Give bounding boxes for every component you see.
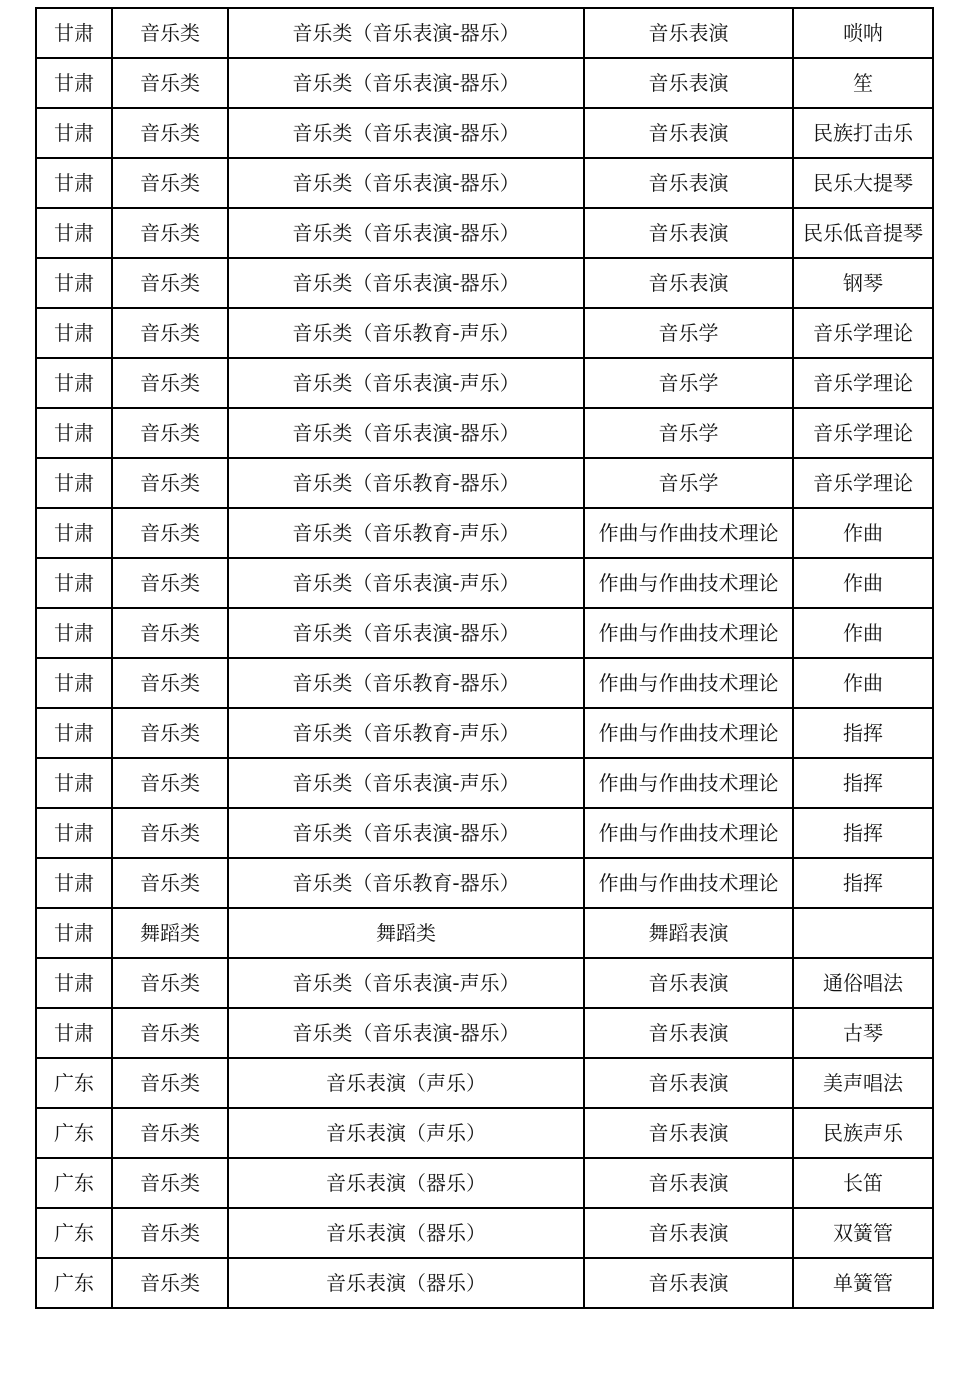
cell-exam-subject: 音乐类（音乐表演-声乐） (228, 558, 584, 608)
cell-major: 音乐学 (584, 308, 793, 358)
cell-exam-subject: 音乐类（音乐表演-器乐） (228, 58, 584, 108)
cell-category: 音乐类 (112, 1058, 228, 1108)
cell-category: 音乐类 (112, 308, 228, 358)
cell-exam-subject: 音乐表演（声乐） (228, 1058, 584, 1108)
cell-province: 甘肃 (36, 858, 112, 908)
table-row: 广东音乐类音乐表演（声乐）音乐表演民族声乐 (36, 1108, 933, 1158)
table-row: 甘肃音乐类音乐类（音乐表演-器乐）音乐表演笙 (36, 58, 933, 108)
cell-major: 作曲与作曲技术理论 (584, 858, 793, 908)
cell-province: 甘肃 (36, 558, 112, 608)
table-row: 甘肃音乐类音乐类（音乐教育-声乐）作曲与作曲技术理论作曲 (36, 508, 933, 558)
cell-category: 音乐类 (112, 708, 228, 758)
cell-category: 音乐类 (112, 508, 228, 558)
cell-direction: 音乐学理论 (793, 458, 933, 508)
cell-direction: 音乐学理论 (793, 358, 933, 408)
cell-exam-subject: 音乐类（音乐表演-器乐） (228, 1008, 584, 1058)
cell-category: 音乐类 (112, 858, 228, 908)
cell-exam-subject: 音乐类（音乐表演-器乐） (228, 408, 584, 458)
cell-category: 音乐类 (112, 958, 228, 1008)
table-row: 广东音乐类音乐表演（声乐）音乐表演美声唱法 (36, 1058, 933, 1108)
cell-major: 音乐表演 (584, 1058, 793, 1108)
cell-major: 音乐表演 (584, 958, 793, 1008)
cell-exam-subject: 音乐类（音乐教育-器乐） (228, 458, 584, 508)
cell-exam-subject: 音乐表演（声乐） (228, 1108, 584, 1158)
cell-exam-subject: 音乐类（音乐表演-器乐） (228, 208, 584, 258)
cell-category: 音乐类 (112, 1008, 228, 1058)
cell-province: 甘肃 (36, 258, 112, 308)
cell-direction: 民乐大提琴 (793, 158, 933, 208)
table-row: 广东音乐类音乐表演（器乐）音乐表演长笛 (36, 1158, 933, 1208)
cell-major: 音乐表演 (584, 1158, 793, 1208)
table-row: 甘肃音乐类音乐类（音乐表演-器乐）音乐学音乐学理论 (36, 408, 933, 458)
cell-province: 甘肃 (36, 358, 112, 408)
cell-major: 音乐表演 (584, 1108, 793, 1158)
cell-direction: 美声唱法 (793, 1058, 933, 1108)
cell-direction: 作曲 (793, 558, 933, 608)
table-row: 甘肃音乐类音乐类（音乐表演-器乐）音乐表演民乐低音提琴 (36, 208, 933, 258)
cell-direction: 双簧管 (793, 1208, 933, 1258)
cell-exam-subject: 音乐表演（器乐） (228, 1258, 584, 1308)
cell-exam-subject: 音乐类（音乐表演-声乐） (228, 758, 584, 808)
cell-exam-subject: 音乐类（音乐教育-声乐） (228, 308, 584, 358)
cell-major: 作曲与作曲技术理论 (584, 608, 793, 658)
cell-major: 音乐表演 (584, 1208, 793, 1258)
cell-major: 音乐表演 (584, 8, 793, 58)
table-row: 甘肃音乐类音乐类（音乐表演-器乐）作曲与作曲技术理论作曲 (36, 608, 933, 658)
cell-direction: 民乐低音提琴 (793, 208, 933, 258)
cell-province: 甘肃 (36, 1008, 112, 1058)
cell-category: 音乐类 (112, 658, 228, 708)
table-row: 甘肃音乐类音乐类（音乐表演-声乐）音乐学音乐学理论 (36, 358, 933, 408)
table-row: 甘肃音乐类音乐类（音乐表演-声乐）音乐表演通俗唱法 (36, 958, 933, 1008)
table-row: 广东音乐类音乐表演（器乐）音乐表演单簧管 (36, 1258, 933, 1308)
cell-exam-subject: 音乐类（音乐表演-声乐） (228, 358, 584, 408)
cell-direction: 单簧管 (793, 1258, 933, 1308)
cell-major: 作曲与作曲技术理论 (584, 758, 793, 808)
cell-major: 音乐表演 (584, 1008, 793, 1058)
cell-province: 甘肃 (36, 158, 112, 208)
cell-category: 音乐类 (112, 758, 228, 808)
cell-direction: 民族声乐 (793, 1108, 933, 1158)
cell-category: 音乐类 (112, 58, 228, 108)
cell-province: 甘肃 (36, 108, 112, 158)
cell-major: 作曲与作曲技术理论 (584, 558, 793, 608)
cell-category: 舞蹈类 (112, 908, 228, 958)
table-row: 甘肃音乐类音乐类（音乐教育-器乐）作曲与作曲技术理论指挥 (36, 858, 933, 908)
table-row: 甘肃音乐类音乐类（音乐教育-器乐）作曲与作曲技术理论作曲 (36, 658, 933, 708)
cell-exam-subject: 舞蹈类 (228, 908, 584, 958)
cell-province: 甘肃 (36, 808, 112, 858)
table-row: 甘肃音乐类音乐类（音乐表演-器乐）音乐表演唢呐 (36, 8, 933, 58)
cell-province: 甘肃 (36, 958, 112, 1008)
cell-major: 作曲与作曲技术理论 (584, 808, 793, 858)
cell-province: 甘肃 (36, 58, 112, 108)
cell-category: 音乐类 (112, 1208, 228, 1258)
cell-province: 甘肃 (36, 408, 112, 458)
cell-direction: 长笛 (793, 1158, 933, 1208)
table-row: 甘肃音乐类音乐类（音乐表演-器乐）音乐表演民族打击乐 (36, 108, 933, 158)
table-row: 甘肃音乐类音乐类（音乐表演-器乐）音乐表演钢琴 (36, 258, 933, 308)
cell-category: 音乐类 (112, 608, 228, 658)
cell-direction: 笙 (793, 58, 933, 108)
cell-exam-subject: 音乐类（音乐教育-器乐） (228, 858, 584, 908)
cell-province: 广东 (36, 1258, 112, 1308)
cell-major: 作曲与作曲技术理论 (584, 508, 793, 558)
cell-category: 音乐类 (112, 558, 228, 608)
cell-province: 甘肃 (36, 8, 112, 58)
cell-major: 音乐表演 (584, 258, 793, 308)
cell-category: 音乐类 (112, 1108, 228, 1158)
table-row: 甘肃音乐类音乐类（音乐表演-器乐）音乐表演古琴 (36, 1008, 933, 1058)
cell-category: 音乐类 (112, 258, 228, 308)
table-body: 甘肃音乐类音乐类（音乐表演-器乐）音乐表演唢呐甘肃音乐类音乐类（音乐表演-器乐）… (36, 8, 933, 1308)
cell-category: 音乐类 (112, 158, 228, 208)
cell-exam-subject: 音乐表演（器乐） (228, 1158, 584, 1208)
cell-direction: 钢琴 (793, 258, 933, 308)
cell-category: 音乐类 (112, 808, 228, 858)
cell-province: 甘肃 (36, 658, 112, 708)
cell-exam-subject: 音乐类（音乐表演-器乐） (228, 8, 584, 58)
cell-category: 音乐类 (112, 1158, 228, 1208)
cell-direction: 古琴 (793, 1008, 933, 1058)
table-row: 甘肃音乐类音乐类（音乐教育-声乐）作曲与作曲技术理论指挥 (36, 708, 933, 758)
cell-category: 音乐类 (112, 208, 228, 258)
cell-major: 音乐学 (584, 408, 793, 458)
cell-exam-subject: 音乐类（音乐表演-器乐） (228, 608, 584, 658)
cell-province: 甘肃 (36, 758, 112, 808)
cell-exam-subject: 音乐类（音乐教育-声乐） (228, 508, 584, 558)
cell-direction: 指挥 (793, 808, 933, 858)
table-row: 甘肃音乐类音乐类（音乐教育-声乐）音乐学音乐学理论 (36, 308, 933, 358)
cell-major: 音乐表演 (584, 108, 793, 158)
cell-category: 音乐类 (112, 108, 228, 158)
cell-exam-subject: 音乐类（音乐教育-器乐） (228, 658, 584, 708)
cell-province: 广东 (36, 1058, 112, 1108)
cell-exam-subject: 音乐类（音乐表演-器乐） (228, 808, 584, 858)
cell-province: 甘肃 (36, 708, 112, 758)
table-row: 甘肃音乐类音乐类（音乐表演-器乐）作曲与作曲技术理论指挥 (36, 808, 933, 858)
cell-major: 音乐表演 (584, 208, 793, 258)
table-row: 广东音乐类音乐表演（器乐）音乐表演双簧管 (36, 1208, 933, 1258)
cell-province: 甘肃 (36, 208, 112, 258)
cell-category: 音乐类 (112, 458, 228, 508)
cell-major: 作曲与作曲技术理论 (584, 658, 793, 708)
cell-province: 甘肃 (36, 608, 112, 658)
cell-major: 音乐表演 (584, 58, 793, 108)
cell-major: 作曲与作曲技术理论 (584, 708, 793, 758)
table-row: 甘肃音乐类音乐类（音乐表演-声乐）作曲与作曲技术理论指挥 (36, 758, 933, 808)
cell-direction: 指挥 (793, 708, 933, 758)
cell-province: 甘肃 (36, 908, 112, 958)
cell-exam-subject: 音乐类（音乐表演-器乐） (228, 258, 584, 308)
cell-direction: 指挥 (793, 758, 933, 808)
cell-major: 音乐表演 (584, 1258, 793, 1308)
table-row: 甘肃音乐类音乐类（音乐表演-声乐）作曲与作曲技术理论作曲 (36, 558, 933, 608)
cell-direction: 指挥 (793, 858, 933, 908)
cell-category: 音乐类 (112, 408, 228, 458)
cell-province: 广东 (36, 1108, 112, 1158)
cell-exam-subject: 音乐类（音乐表演-声乐） (228, 958, 584, 1008)
cell-province: 甘肃 (36, 308, 112, 358)
cell-province: 广东 (36, 1158, 112, 1208)
cell-category: 音乐类 (112, 358, 228, 408)
cell-major: 音乐表演 (584, 158, 793, 208)
cell-exam-subject: 音乐类（音乐表演-器乐） (228, 108, 584, 158)
cell-category: 音乐类 (112, 1258, 228, 1308)
cell-exam-subject: 音乐表演（器乐） (228, 1208, 584, 1258)
cell-category: 音乐类 (112, 8, 228, 58)
table-row: 甘肃音乐类音乐类（音乐表演-器乐）音乐表演民乐大提琴 (36, 158, 933, 208)
cell-direction: 民族打击乐 (793, 108, 933, 158)
cell-province: 甘肃 (36, 458, 112, 508)
cell-direction: 音乐学理论 (793, 408, 933, 458)
cell-direction (793, 908, 933, 958)
cell-direction: 音乐学理论 (793, 308, 933, 358)
cell-direction: 唢呐 (793, 8, 933, 58)
cell-major: 音乐学 (584, 358, 793, 408)
table-row: 甘肃音乐类音乐类（音乐教育-器乐）音乐学音乐学理论 (36, 458, 933, 508)
cell-major: 音乐学 (584, 458, 793, 508)
cell-exam-subject: 音乐类（音乐教育-声乐） (228, 708, 584, 758)
cell-direction: 作曲 (793, 508, 933, 558)
cell-direction: 作曲 (793, 658, 933, 708)
cell-direction: 通俗唱法 (793, 958, 933, 1008)
cell-province: 广东 (36, 1208, 112, 1258)
cell-province: 甘肃 (36, 508, 112, 558)
major-table: 甘肃音乐类音乐类（音乐表演-器乐）音乐表演唢呐甘肃音乐类音乐类（音乐表演-器乐）… (35, 7, 934, 1309)
table-row: 甘肃舞蹈类舞蹈类舞蹈表演 (36, 908, 933, 958)
cell-exam-subject: 音乐类（音乐表演-器乐） (228, 158, 584, 208)
cell-major: 舞蹈表演 (584, 908, 793, 958)
cell-direction: 作曲 (793, 608, 933, 658)
